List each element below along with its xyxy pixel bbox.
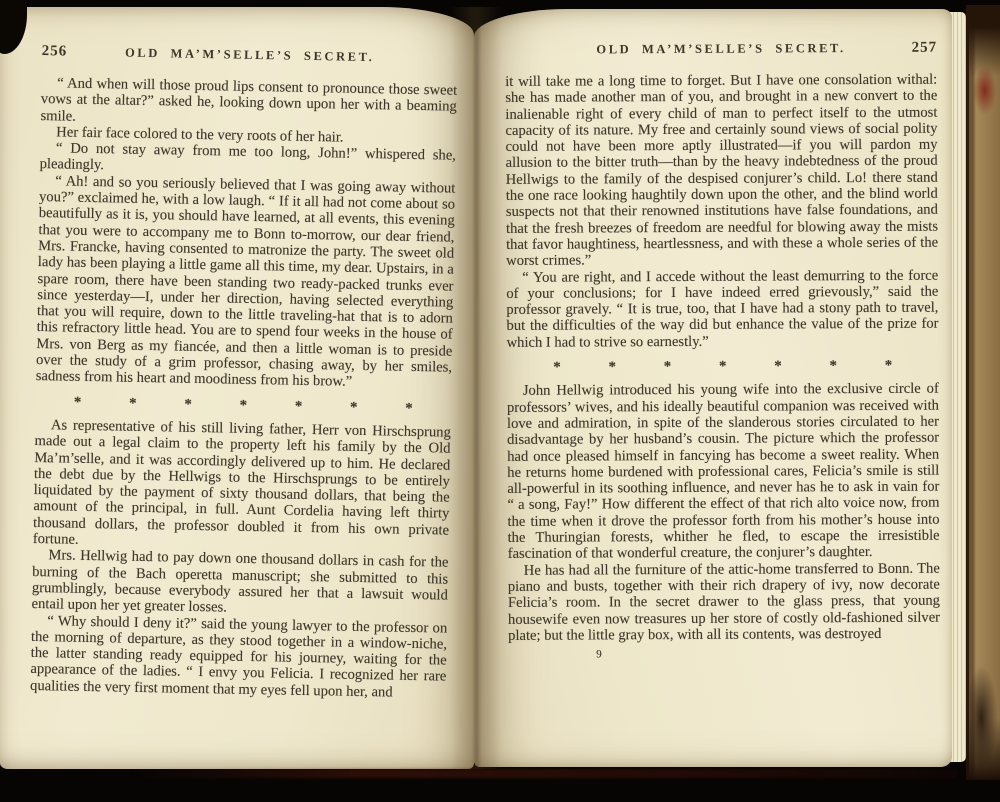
running-title: OLD MA’M’SELLE’S SECRET.: [125, 46, 375, 66]
paragraph: “ You are right, and I accede without th…: [506, 267, 938, 351]
page-left-content: 256 OLD MA’M’SELLE’S SECRET. “ And when …: [0, 7, 474, 702]
paragraph: He has had all the furniture of the atti…: [508, 560, 940, 644]
paragraph: John Hellwig introduced his young wife i…: [507, 381, 940, 563]
page-right-header: OLD MA’M’SELLE’S SECRET. 257: [505, 40, 937, 59]
section-separator: * * * * * * *: [507, 358, 939, 377]
page-right-content: OLD MA’M’SELLE’S SECRET. 257 it will tak…: [474, 9, 952, 663]
page-left-header: 256 OLD MA’M’SELLE’S SECRET.: [42, 43, 458, 68]
page-number: 257: [912, 40, 938, 57]
signature-mark: 9: [596, 645, 940, 663]
page-left-body: “ And when will those proud lips consent…: [30, 75, 457, 702]
page-number: 256: [42, 43, 68, 60]
section-separator: * * * * * * *: [35, 394, 451, 418]
paragraph: Mrs. Hellwig had to pay down one thousan…: [31, 547, 448, 620]
book-scan: 256 OLD MA’M’SELLE’S SECRET. “ And when …: [0, 0, 1000, 802]
page-right-body: it will take me a long time to forget. B…: [505, 72, 940, 664]
paragraph: it will take me a long time to forget. B…: [505, 72, 938, 270]
bottom-edge-shadow: [130, 769, 958, 778]
paragraph: “ Ah! and so you seriously believed that…: [36, 173, 456, 392]
paragraph: “ And when will those proud lips consent…: [40, 75, 457, 132]
page-left: 256 OLD MA’M’SELLE’S SECRET. “ And when …: [0, 7, 474, 769]
paragraph: As representative of his still living fa…: [33, 417, 451, 555]
page-edge-stack: [950, 12, 966, 762]
page-right: OLD MA’M’SELLE’S SECRET. 257 it will tak…: [474, 9, 952, 767]
paragraph: “ Why should I deny it?” said the young …: [30, 612, 447, 701]
book-cover-edge: [966, 5, 1000, 780]
running-title: OLD MA’M’SELLE’S SECRET.: [596, 41, 845, 57]
